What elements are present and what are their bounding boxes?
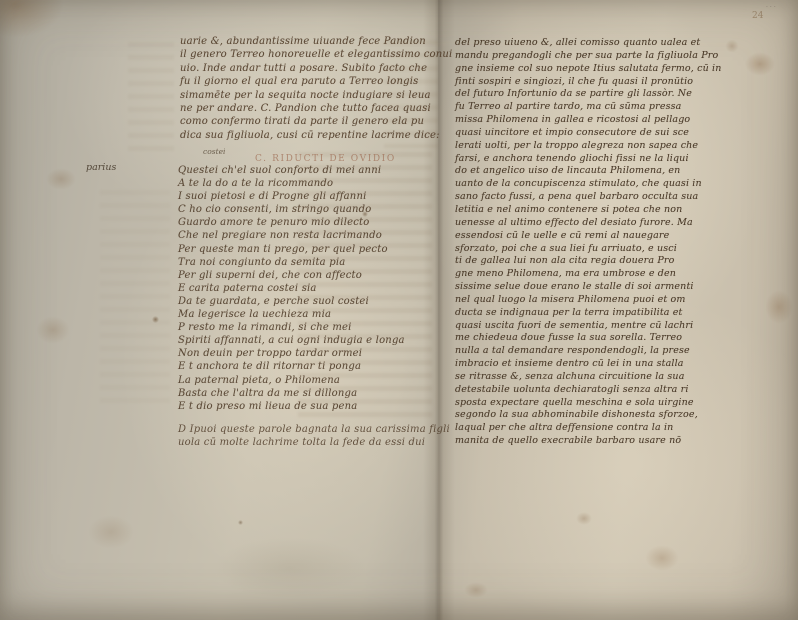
text-line: D Ipuoi queste parole bagnata la sua car… bbox=[178, 423, 448, 436]
rubric-heading: C. RIDUCTI DE OVIDIO bbox=[255, 154, 396, 164]
text-line: missa Philomena in gallea e ricostosi al… bbox=[455, 114, 753, 127]
text-line: uola cū molte lachrime tolta la fede da … bbox=[178, 436, 448, 449]
text-line: nulla a tal demandare respondendogli, la… bbox=[455, 345, 753, 358]
text-line: imbracio et insieme dentro cū lei in una… bbox=[455, 358, 753, 371]
text-line: I suoi pietosi e di Progne gli affanni bbox=[178, 190, 405, 203]
pencil-marks: ... bbox=[766, 2, 778, 9]
text-line: segondo la sua abhominabile dishonesta s… bbox=[455, 409, 753, 422]
text-line: Basta che l'altra da me si dillonga bbox=[178, 387, 405, 400]
text-line: ti de gallea lui non ala cita regia doue… bbox=[455, 255, 753, 268]
text-line: Guardo amore te penuro mio dilecto bbox=[178, 216, 405, 229]
text-line: detestabile uolunta dechiaratogli senza … bbox=[455, 384, 753, 397]
text-line: C ho cio consenti, im stringo quando bbox=[178, 203, 405, 216]
text-line: essendosi cū le uelle e cū remi al naueg… bbox=[455, 230, 753, 243]
text-line: gne insieme col suo nepote Itius salutat… bbox=[455, 63, 753, 76]
text-line: Spiriti affannati, a cui ogni indugia e … bbox=[178, 334, 405, 347]
text-line: Tra noi congiunto da semita pia bbox=[178, 256, 405, 269]
text-line: lerati uolti, per la troppo alegreza non… bbox=[455, 140, 753, 153]
margin-annotation: parius bbox=[86, 162, 116, 173]
text-line: del preso uiueno &, allei comisso quanto… bbox=[455, 37, 753, 50]
interlinear-gloss: costei bbox=[203, 147, 225, 156]
folio-number: 24 bbox=[752, 11, 763, 21]
text-line: quasi uscita fuori de sementia, mentre c… bbox=[455, 320, 753, 333]
text-line: mandu pregandogli che per sua parte la f… bbox=[455, 50, 753, 63]
text-line: E t dio preso mi lieua de sua pena bbox=[178, 400, 405, 413]
text-line: sforzato, poi che a sua liei fu arriuato… bbox=[455, 243, 753, 256]
text-line: sposta expectare quella meschina e sola … bbox=[455, 397, 753, 410]
text-line: Per queste man ti prego, per quel pecto bbox=[178, 243, 405, 256]
text-line: dica sua figliuola, cusi cū repentine la… bbox=[180, 129, 446, 142]
text-line: E t anchora te dil ritornar ti ponga bbox=[178, 360, 405, 373]
text-line: laqual per che altra deffensione contra … bbox=[455, 422, 753, 435]
text-line: ne per andare. C. Pandion che tutto face… bbox=[180, 102, 446, 115]
left-page-prose-top: uarie &, abundantissime uiuande fece Pan… bbox=[180, 35, 446, 142]
text-line: quasi uincitore et impio consecutore de … bbox=[455, 127, 753, 140]
text-line: gne meno Philomena, ma era umbrose e den bbox=[455, 268, 753, 281]
text-line: Per gli superni dei, che con affecto bbox=[178, 269, 405, 282]
text-line: sissime selue doue erano le stalle di so… bbox=[455, 281, 753, 294]
text-line: nel qual luogo la misera Philomena puoi … bbox=[455, 294, 753, 307]
text-line: P resto me la rimandi, si che mei bbox=[178, 321, 405, 334]
left-page-prose-bottom: D Ipuoi queste parole bagnata la sua car… bbox=[178, 423, 448, 450]
text-line: se ritrasse &, senza alchuna circuitione… bbox=[455, 371, 753, 384]
text-line: Questei ch'el suol conforto di mei anni bbox=[178, 164, 405, 177]
bleedthrough-text bbox=[128, 42, 174, 152]
text-line: uarie &, abundantissime uiuande fece Pan… bbox=[180, 35, 446, 48]
text-line: fu Terreo al partire tardo, ma cū sūma p… bbox=[455, 101, 753, 114]
text-line: uenesse al ultimo effecto del desiato fu… bbox=[455, 217, 753, 230]
text-line: fu il giorno el qual era paruto a Terreo… bbox=[180, 75, 446, 88]
text-line: me chiedeua doue fusse la sua sorella. T… bbox=[455, 332, 753, 345]
text-line: uio. Inde andar tutti a posare. Subito f… bbox=[180, 62, 446, 75]
text-line: como confermo tirati da parte il genero … bbox=[180, 115, 446, 128]
text-line: Che nel pregiare non resta lacrimando bbox=[178, 229, 405, 242]
text-line: ducta se indignaua per la terra impatibi… bbox=[455, 307, 753, 320]
text-line: uanto de la concupiscenza stimulato, che… bbox=[455, 178, 753, 191]
bleedthrough-text bbox=[100, 190, 170, 405]
text-line: La paternal pieta, o Philomena bbox=[178, 374, 405, 387]
text-line: Ma legerisce la uechieza mia bbox=[178, 308, 405, 321]
text-line: sano facto fussi, a pena quel barbaro oc… bbox=[455, 191, 753, 204]
text-line: del futuro Infortunio da se partire gli … bbox=[455, 88, 753, 101]
text-line: letitia e nel animo contenere si potea c… bbox=[455, 204, 753, 217]
text-line: finti sospiri e singiozi, il che fu quas… bbox=[455, 76, 753, 89]
text-line: il genero Terreo honoreuelle et eleganti… bbox=[180, 48, 446, 61]
text-line: Da te guardata, e perche suol costei bbox=[178, 295, 405, 308]
text-line: Non deuin per troppo tardar ormei bbox=[178, 347, 405, 360]
text-line: E carita paterna costei sia bbox=[178, 282, 405, 295]
text-line: A te la do a te la ricommando bbox=[178, 177, 405, 190]
manuscript-photo: uarie &, abundantissime uiuande fece Pan… bbox=[0, 0, 798, 620]
text-line: farsi, e anchora tenendo gliochi fissi n… bbox=[455, 153, 753, 166]
right-page-text: del preso uiueno &, allei comisso quanto… bbox=[455, 37, 753, 448]
left-page-verse: Questei ch'el suol conforto di mei anniA… bbox=[178, 164, 405, 413]
text-line: do et angelico uiso de lincauta Philomen… bbox=[455, 165, 753, 178]
text-line: manita de quello execrabile barbaro usar… bbox=[455, 435, 753, 448]
text-line: simamēte per la sequita nocte indugiare … bbox=[180, 89, 446, 102]
